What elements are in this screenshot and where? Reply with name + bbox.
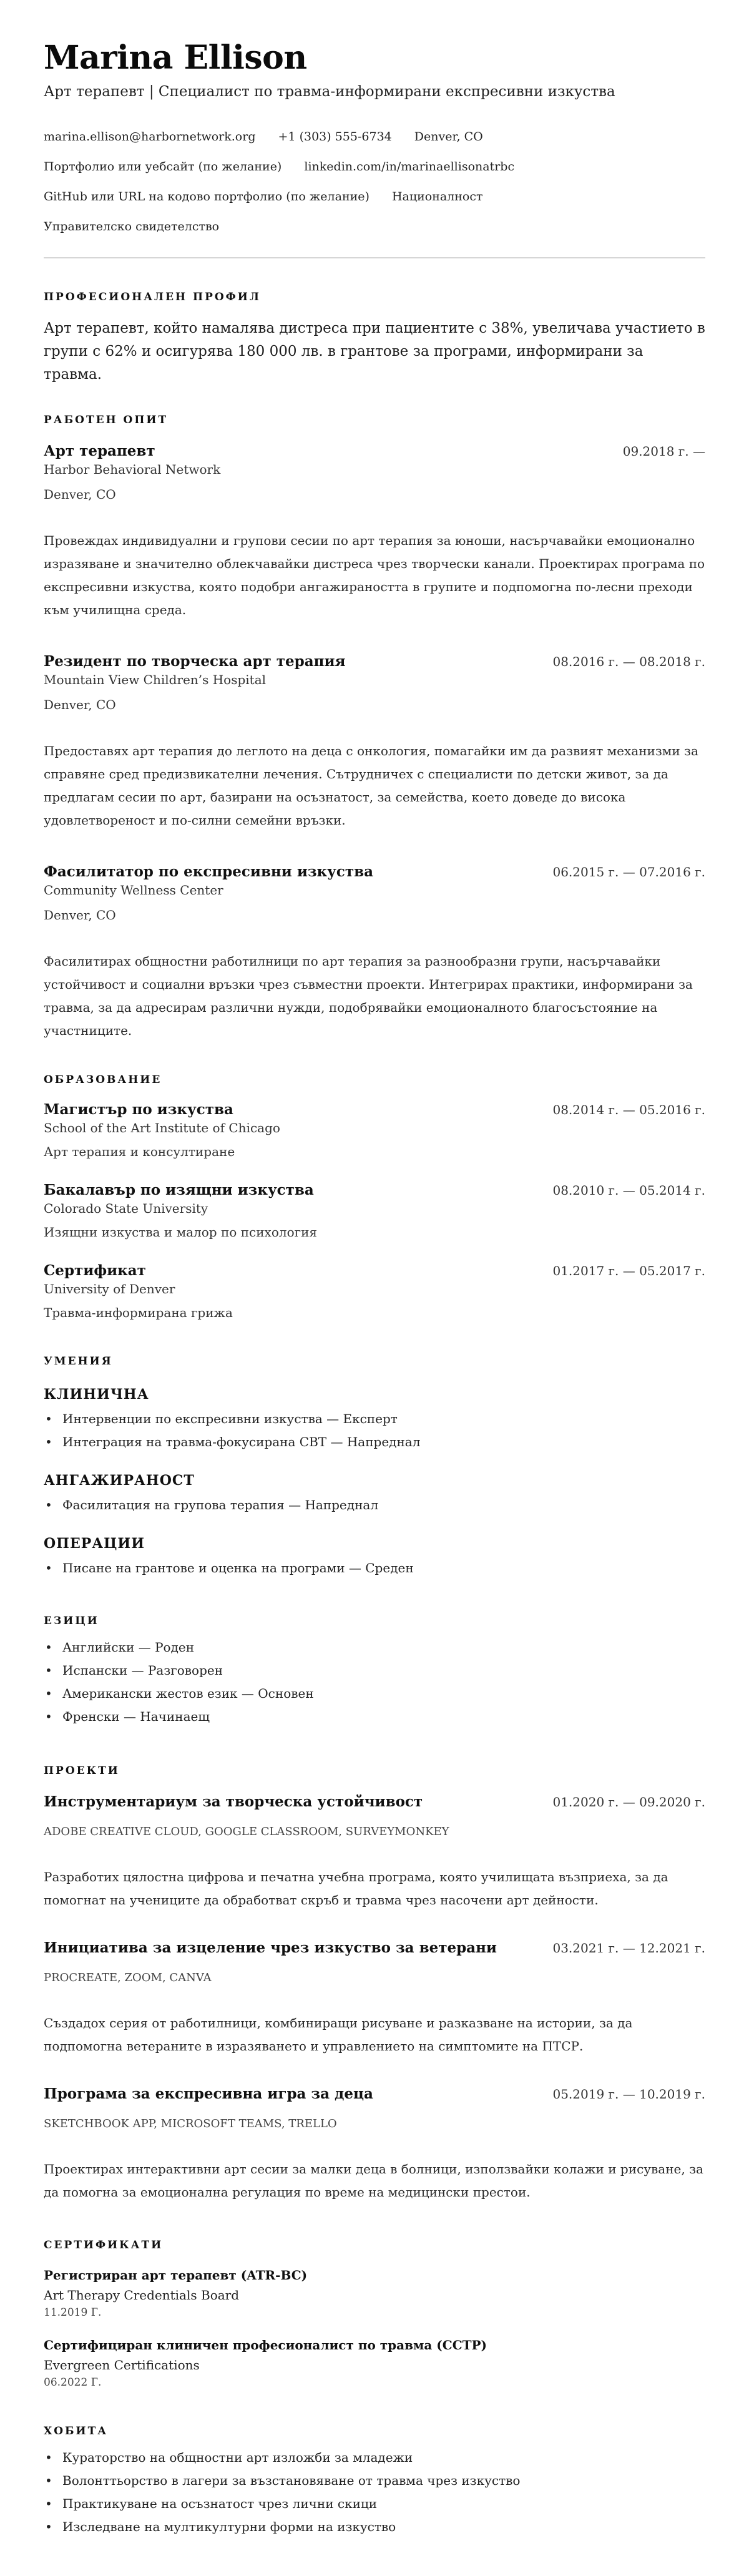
job-dates: 08.2016 г. — 08.2018 г. [552,654,705,669]
employer: Mountain View Children’s Hospital [44,672,705,687]
school-name: University of Denver [44,1281,705,1296]
education-entry: Бакалавър по изящни изкуства08.2010 г. —… [44,1182,705,1240]
job-location: Denver, CO [44,697,705,712]
entry-header: Инструментариум за творческа устойчивост… [44,1793,705,1810]
entry-header: Бакалавър по изящни изкуства08.2010 г. —… [44,1182,705,1198]
skills-section: Умения КлиничнаИнтервенции по експресивн… [44,1355,705,1580]
phone-number[interactable]: +1 (303) 555-6734 [278,130,392,144]
entry-header: Сертификат01.2017 г. — 05.2017 г. [44,1262,705,1279]
github-link[interactable]: GitHub или URL на кодово портфолио (по ж… [44,190,370,203]
language-item: Испански — Разговорен [44,1659,705,1682]
education-dates: 08.2010 г. — 05.2014 г. [552,1183,705,1198]
project-description: Разработих цялостна цифрова и печатна уч… [44,1866,705,1912]
experience-list: Арт терапевт09.2018 г. —Harbor Behaviora… [44,443,705,1042]
project-description: Проектирах интерактивни арт сесии за мал… [44,2158,705,2204]
education-entry: Сертификат01.2017 г. — 05.2017 г.Univers… [44,1262,705,1320]
section-title: Сертификати [44,2239,705,2251]
school-name: School of the Art Institute of Chicago [44,1120,705,1135]
education-dates: 08.2014 г. — 05.2016 г. [552,1102,705,1117]
experience-entry: Резидент по творческа арт терапия08.2016… [44,653,705,832]
certifications-list: Регистриран арт терапевт (ATR-BC)Art The… [44,2268,705,2389]
driving-license: Управителско свидетелство [44,220,219,233]
field-of-study: Изящни изкуства и малор по психология [44,1225,705,1240]
project-name: Инициатива за изцеление чрез изкуство за… [44,1939,497,1956]
hobbies-list: Кураторство на общностни арт изложби за … [44,2446,705,2539]
skill-item: Фасилитация на групова терапия — Напредн… [44,1494,705,1517]
skill-list: Фасилитация на групова терапия — Напредн… [44,1494,705,1517]
projects-section: Проекти Инструментариум за творческа уст… [44,1765,705,2204]
language-item: Американски жестов език — Основен [44,1682,705,1705]
entry-header: Програма за експресивна игра за деца05.2… [44,2085,705,2102]
skill-group: КлиничнаИнтервенции по експресивни изкус… [44,1386,705,1454]
contact-row: GitHub или URL на кодово портфолио (по ж… [44,189,705,205]
education-dates: 01.2017 г. — 05.2017 г. [552,1263,705,1278]
resume-page: Marina Ellison Арт терапевт | Специалист… [0,0,749,2576]
certification-issuer: Evergreen Certifications [44,2358,705,2373]
certification-date: 11.2019 г. [44,2306,705,2319]
certification-entry: Сертифициран клиничен професионалист по … [44,2338,705,2389]
certification-name: Регистриран арт терапевт (ATR-BC) [44,2268,705,2283]
project-dates: 01.2020 г. — 09.2020 г. [552,1795,705,1810]
field-of-study: Травма-информирана грижа [44,1305,705,1320]
job-dates: 09.2018 г. — [623,444,705,459]
job-description: Фасилитирах общностни работилници по арт… [44,950,705,1042]
candidate-name: Marina Ellison [44,39,705,77]
certification-date: 06.2022 г. [44,2376,705,2389]
contact-row: Управителско свидетелство [44,218,705,235]
projects-list: Инструментариум за творческа устойчивост… [44,1793,705,2204]
hobby-item: Кураторство на общностни арт изложби за … [44,2446,705,2469]
degree-title: Бакалавър по изящни изкуства [44,1182,314,1198]
certification-issuer: Art Therapy Credentials Board [44,2288,705,2303]
skill-group-title: Клинична [44,1386,705,1403]
job-title: Арт терапевт [44,443,155,459]
experience-entry: Фасилитатор по експресивни изкуства06.20… [44,863,705,1042]
job-title: Фасилитатор по експресивни изкуства [44,863,373,880]
job-dates: 06.2015 г. — 07.2016 г. [552,864,705,879]
resume-header: Marina Ellison Арт терапевт | Специалист… [44,39,705,258]
employer: Community Wellness Center [44,883,705,898]
hobby-item: Практикуване на осъзнатост чрез лични ск… [44,2492,705,2515]
degree-title: Сертификат [44,1262,146,1279]
skill-group: ОперацииПисане на грантове и оценка на п… [44,1535,705,1580]
job-location: Denver, CO [44,908,705,923]
project-tech-stack: Procreate, Zoom, Canva [44,1971,705,1984]
project-entry: Инструментариум за творческа устойчивост… [44,1793,705,1912]
certification-entry: Регистриран арт терапевт (ATR-BC)Art The… [44,2268,705,2319]
certification-name: Сертифициран клиничен професионалист по … [44,2338,705,2353]
section-title: Умения [44,1355,705,1368]
language-item: Френски — Начинаещ [44,1705,705,1728]
section-title: Проекти [44,1765,705,1777]
entry-header: Арт терапевт09.2018 г. — [44,443,705,459]
location: Denver, CO [414,130,483,144]
entry-header: Резидент по творческа арт терапия08.2016… [44,653,705,670]
entry-header: Инициатива за изцеление чрез изкуство за… [44,1939,705,1956]
linkedin-link[interactable]: linkedin.com/in/marinaellisonatrbc [304,160,514,174]
entry-header: Магистър по изкуства08.2014 г. — 05.2016… [44,1101,705,1118]
portfolio-link[interactable]: Портфолио или уебсайт (по желание) [44,160,281,174]
education-list: Магистър по изкуства08.2014 г. — 05.2016… [44,1101,705,1320]
contact-row: Портфолио или уебсайт (по желание) linke… [44,159,705,175]
languages-section: Езици Английски — РоденИспански — Разгов… [44,1615,705,1728]
nationality: Националност [392,190,483,203]
section-title: Образование [44,1074,705,1086]
skill-list: Интервенции по експресивни изкуства — Ек… [44,1408,705,1454]
section-title: Работен опит [44,414,705,426]
skill-item: Интеграция на травма-фокусирана CBT — На… [44,1431,705,1454]
certifications-section: Сертификати Регистриран арт терапевт (AT… [44,2239,705,2389]
education-entry: Магистър по изкуства08.2014 г. — 05.2016… [44,1101,705,1159]
project-description: Създадох серия от работилници, комбинира… [44,2012,705,2058]
skill-list: Писане на грантове и оценка на програми … [44,1557,705,1580]
project-tech-stack: Adobe Creative Cloud, Google Classroom, … [44,1825,705,1838]
email-link[interactable]: marina.ellison@harbornetwork.org [44,130,255,144]
section-title: Хобита [44,2425,705,2437]
hobbies-section: Хобита Кураторство на общностни арт изло… [44,2425,705,2539]
experience-section: Работен опит Арт терапевт09.2018 г. —Har… [44,414,705,1042]
skills-list: КлиничнаИнтервенции по експресивни изкус… [44,1386,705,1580]
contact-row: marina.ellison@harbornetwork.org +1 (303… [44,129,705,145]
section-title: Езици [44,1615,705,1627]
project-dates: 03.2021 г. — 12.2021 г. [552,1941,705,1956]
project-name: Инструментариум за творческа устойчивост [44,1793,423,1810]
skill-group: АнгажираностФасилитация на групова терап… [44,1472,705,1517]
profile-section: Професионален профил Арт терапевт, който… [44,291,705,386]
header-divider [44,257,705,258]
project-name: Програма за експресивна игра за деца [44,2085,373,2102]
project-entry: Инициатива за изцеление чрез изкуство за… [44,1939,705,2058]
section-title: Професионален профил [44,291,705,303]
profile-summary: Арт терапевт, който намалява дистреса пр… [44,317,705,386]
job-description: Предоставях арт терапия до леглото на де… [44,740,705,832]
school-name: Colorado State University [44,1201,705,1216]
hobby-item: Волонттьорство в лагери за възстановяван… [44,2469,705,2492]
languages-list: Английски — РоденИспански — РазговоренАм… [44,1636,705,1728]
project-entry: Програма за експресивна игра за деца05.2… [44,2085,705,2204]
hobby-item: Изследване на мултикултурни форми на изк… [44,2515,705,2539]
education-section: Образование Магистър по изкуства08.2014 … [44,1074,705,1320]
language-item: Английски — Роден [44,1636,705,1659]
skill-item: Писане на грантове и оценка на програми … [44,1557,705,1580]
employer: Harbor Behavioral Network [44,462,705,477]
entry-header: Фасилитатор по експресивни изкуства06.20… [44,863,705,880]
project-dates: 05.2019 г. — 10.2019 г. [552,2087,705,2102]
job-description: Провеждах индивидуални и групови сесии п… [44,529,705,622]
experience-entry: Арт терапевт09.2018 г. —Harbor Behaviora… [44,443,705,622]
skill-group-title: Ангажираност [44,1472,705,1489]
skill-group-title: Операции [44,1535,705,1552]
degree-title: Магистър по изкуства [44,1101,233,1118]
field-of-study: Арт терапия и консултиране [44,1144,705,1159]
project-tech-stack: Sketchbook App, Microsoft Teams, Trello [44,2117,705,2130]
skill-item: Интервенции по експресивни изкуства — Ек… [44,1408,705,1431]
candidate-headline: Арт терапевт | Специалист по травма-инфо… [44,81,705,102]
job-location: Denver, CO [44,487,705,502]
job-title: Резидент по творческа арт терапия [44,653,346,670]
